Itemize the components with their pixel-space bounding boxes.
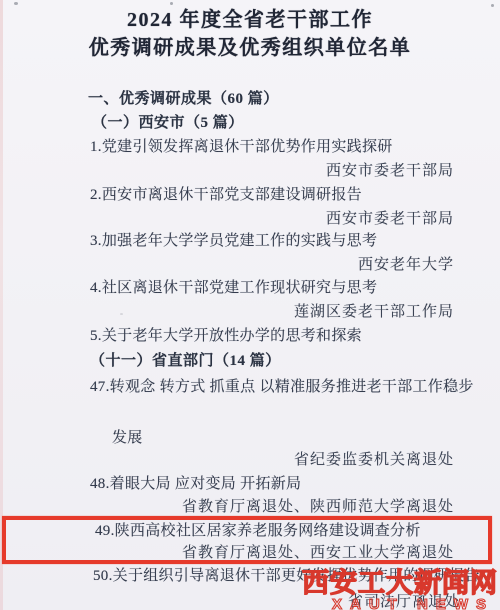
list-item-org: 省纪委监委机关离退处 bbox=[294, 452, 454, 469]
scanned-document-page: 2024 年度全省老干部工作 优秀调研成果及优秀组织单位名单 一、优秀调研成果（… bbox=[0, 0, 500, 610]
list-item-org: 西安市委老干部局 bbox=[326, 163, 454, 180]
list-item-title-wrap: 发展 bbox=[112, 430, 143, 447]
watermark-logo-text: 西安工大新闻网 bbox=[302, 570, 498, 597]
watermark-sub-text: XAUT NEWS bbox=[302, 596, 498, 610]
document-title-line1: 2024 年度全省老干部工作 bbox=[0, 8, 500, 32]
list-item-title: 4.社区离退休干部党建工作现状研究与思考 bbox=[90, 280, 377, 297]
list-item-org: 省教育厅离退处、陕西师范大学离退处 bbox=[182, 499, 454, 516]
list-item-title: 1.党建引领发挥离退休干部优势作用实践探研 bbox=[90, 139, 393, 156]
scan-speck bbox=[170, 2, 173, 5]
list-item-org: 西安老年大学 bbox=[358, 257, 454, 274]
scan-speck bbox=[14, 2, 18, 5]
scan-speck bbox=[120, 313, 123, 315]
list-item-title: 48.着眼大局 应对变局 开拓新局 bbox=[90, 476, 301, 493]
list-item-title: 2.西安市离退休干部党支部建设调研报告 bbox=[90, 187, 362, 204]
highlighted-item-org: 省教育厅离退处、西安工业大学离退处 bbox=[182, 545, 454, 562]
section-heading: 一、优秀调研成果（60 篇） bbox=[88, 91, 279, 108]
list-item-title: 47.转观念 转方式 抓重点 以精准服务推进老干部工作稳步 bbox=[90, 379, 474, 396]
scan-edge-artifact bbox=[0, 0, 3, 610]
watermark: 西安工大新闻网 XAUT NEWS bbox=[302, 570, 498, 610]
scan-speck bbox=[491, 4, 494, 7]
list-item-org: 莲湖区委老干部工作局 bbox=[294, 304, 454, 321]
subsection-province-heading: （十一）省直部门（14 篇） bbox=[90, 353, 281, 370]
list-item-title: 5.关于老年大学开放性办学的思考和探索 bbox=[90, 328, 362, 345]
list-item-title: 3.加强老年大学学员党建工作的实践与思考 bbox=[90, 233, 377, 250]
document-title-line2: 优秀调研成果及优秀组织单位名单 bbox=[0, 36, 500, 60]
subsection-xian-heading: （一）西安市（5 篇） bbox=[92, 115, 244, 132]
list-item-org: 西安市委老干部局 bbox=[326, 211, 454, 228]
highlighted-item-title: 49.陕西高校社区居家养老服务网络建设调查分析 bbox=[95, 523, 421, 540]
